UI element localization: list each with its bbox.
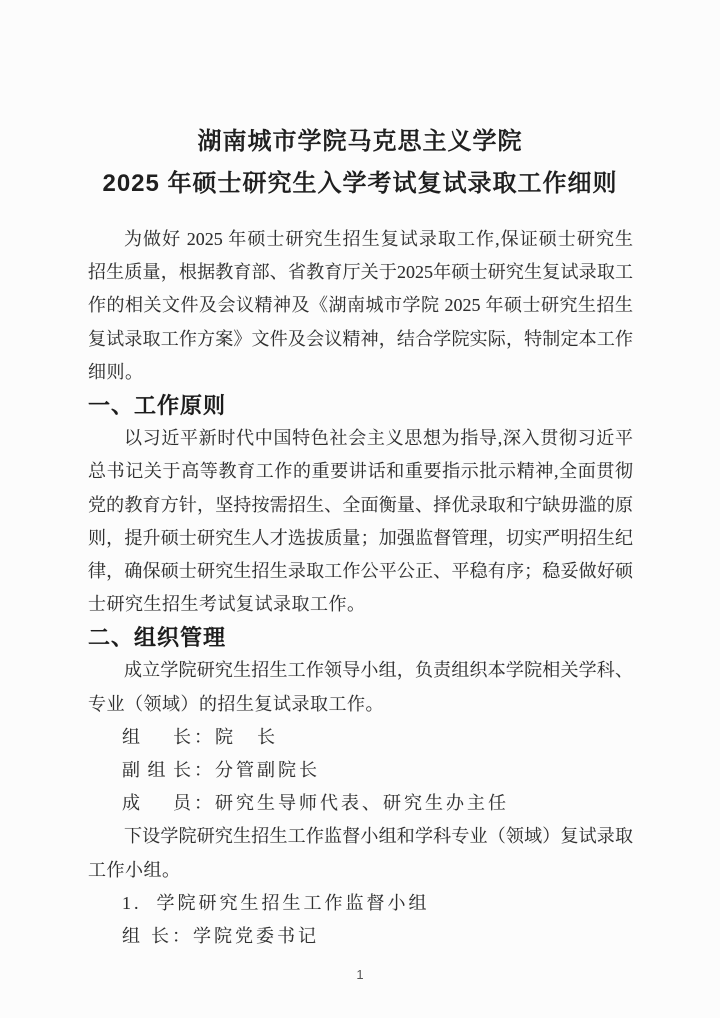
paragraph-line: 下设学院研究生招生工作监督小组和学科专业（领域）复试录取	[88, 820, 633, 853]
section-heading: 一、工作原则	[88, 389, 633, 422]
paragraph-line: 复试录取工作方案》文件及会议精神，结合学院实际，特制定本工作	[88, 323, 633, 356]
kv-line: 成员：研究生导师代表、研究生办主任	[88, 787, 633, 820]
document-titles: 湖南城市学院马克思主义学院 2025 年硕士研究生入学考试复试录取工作细则	[0, 0, 720, 202]
kv-label: 成员	[122, 787, 194, 820]
doc-title-line-2: 2025 年硕士研究生入学考试复试录取工作细则	[0, 166, 720, 202]
kv-label: 组长	[122, 721, 194, 754]
kv-colon: ：	[194, 787, 215, 820]
paragraph-line: 工作小组。	[88, 854, 633, 887]
paragraph-line: 总书记关于高等教育工作的重要讲话和重要指示批示精神,全面贯彻	[88, 455, 633, 488]
kv-colon: ：	[194, 754, 215, 787]
doc-title-line-1: 湖南城市学院马克思主义学院	[0, 124, 720, 160]
kv-value: 研究生导师代表、研究生办主任	[215, 793, 509, 813]
paragraph-line: 作的相关文件及会议精神及《湖南城市学院 2025 年硕士研究生招生	[88, 289, 633, 322]
paragraph-line: 律，确保硕士研究生招生录取工作公平公正、平稳有序；稳妥做好硕	[88, 555, 633, 588]
paragraph-line: 专业（领域）的招生复试录取工作。	[88, 688, 633, 721]
paragraph-line: 党的教育方针，坚持按需招生、全面衡量、择优录取和宁缺毋滥的原	[88, 489, 633, 522]
kv-line: 副组长：分管副院长	[88, 754, 633, 787]
paragraph-line: 士研究生招生考试复试录取工作。	[88, 588, 633, 621]
paragraph-line: 细则。	[88, 356, 633, 389]
document-body: 为做好 2025 年硕士研究生招生复试录取工作,保证硕士研究生招生质量，根据教育…	[88, 223, 633, 953]
kv-colon: ：	[172, 920, 193, 953]
paragraph-line: 招生质量，根据教育部、省教育厅关于2025年硕士研究生复试录取工	[88, 256, 633, 289]
kv-label: 组长	[122, 920, 172, 953]
kv-value: 分管副院长	[215, 760, 320, 780]
paragraph-line: 则，提升硕士研究生人才选拔质量；加强监督管理，切实严明招生纪	[88, 522, 633, 555]
document-page: 湖南城市学院马克思主义学院 2025 年硕士研究生入学考试复试录取工作细则 为做…	[0, 0, 720, 1018]
paragraph-line: 为做好 2025 年硕士研究生招生复试录取工作,保证硕士研究生	[88, 223, 633, 256]
paragraph-line: 以习近平新时代中国特色社会主义思想为指导,深入贯彻习近平	[88, 422, 633, 455]
numbered-line: 1. 学院研究生招生工作监督小组	[88, 887, 633, 920]
kv-line: 组长：院 长	[88, 721, 633, 754]
kv-line: 组长：学院党委书记	[88, 920, 633, 953]
paragraph-line: 成立学院研究生招生工作领导小组，负责组织本学院相关学科、	[88, 654, 633, 687]
page-number: 1	[0, 967, 720, 983]
kv-value: 院 长	[215, 727, 278, 747]
section-heading: 二、组织管理	[88, 621, 633, 654]
kv-colon: ：	[194, 721, 215, 754]
kv-value: 学院党委书记	[193, 926, 319, 946]
kv-label: 副组长	[122, 754, 194, 787]
